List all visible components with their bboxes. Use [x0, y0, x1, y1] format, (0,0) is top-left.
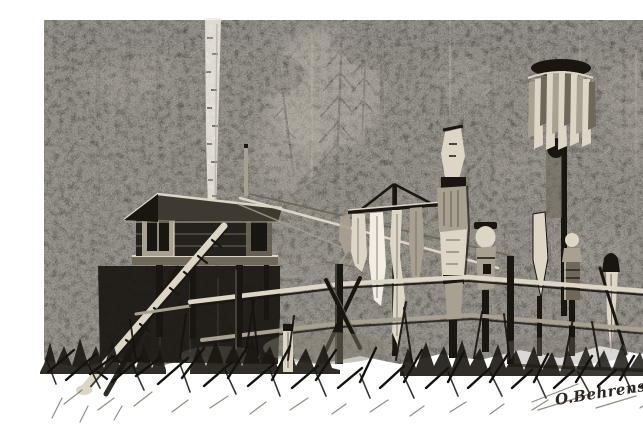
hut-pole	[244, 148, 248, 196]
engraving-canvas: O.Behrens	[40, 16, 643, 427]
engraving: O.Behrens	[40, 16, 643, 427]
canopy-fringe	[528, 71, 596, 150]
